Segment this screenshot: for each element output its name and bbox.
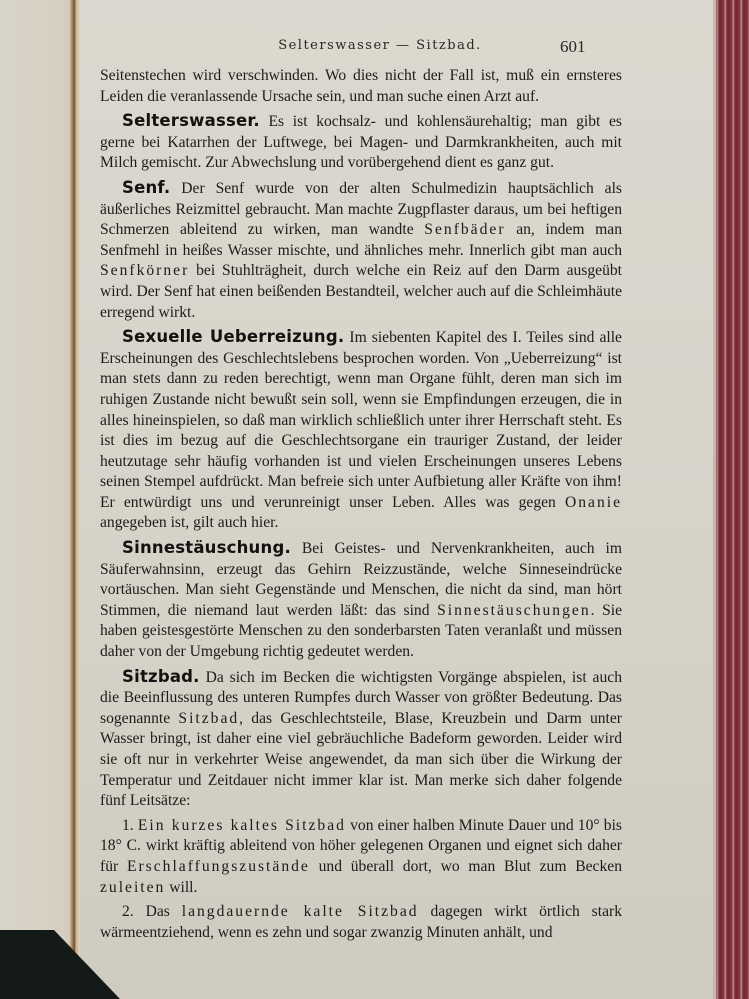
book-gutter <box>70 0 80 999</box>
item-number: 2. <box>122 903 134 920</box>
emphasis-spaced: zuleiten <box>100 879 165 896</box>
numbered-item-1: 1. Ein kurzes kaltes Sitzbad von einer h… <box>100 816 622 898</box>
entry-heading: Sexuelle Ueberreizung. <box>122 327 344 346</box>
item-number: 1. <box>122 817 134 834</box>
emphasis-spaced: langdauernde kalte Sitzbad <box>182 903 419 920</box>
entry-sinnestaeuschung: Sinnestäuschung. Bei Geistes- und Nerven… <box>100 538 622 663</box>
entry-heading: Sitzbad. <box>122 667 200 686</box>
left-page <box>0 0 76 999</box>
page-number: 601 <box>560 37 586 57</box>
emphasis-spaced: Erschlaffungszustände <box>127 858 310 875</box>
emphasis-spaced: Sinnestäuschungen <box>437 602 591 619</box>
entry-heading: Senf. <box>122 178 170 197</box>
emphasis-spaced: Onanie <box>565 494 622 511</box>
emphasis-spaced: Senfbäder <box>424 221 505 238</box>
page-edges-red <box>713 0 749 999</box>
entry-senf: Senf. Der Senf wurde von der alten Schul… <box>100 178 622 323</box>
entry-selterswasser: Selterswasser. Es ist kochsalz- und kohl… <box>100 111 622 174</box>
emphasis-spaced: Senfkörner <box>100 262 189 279</box>
emphasis-spaced: Ein kurzes kaltes Sitzbad <box>138 817 346 834</box>
entry-heading: Selterswasser. <box>122 111 260 130</box>
body-text: Seitenstechen wird verschwinden. Wo dies… <box>100 66 622 943</box>
page-edge-highlight <box>713 0 716 999</box>
entry-sitzbad: Sitzbad. Da sich im Becken die wichtigst… <box>100 667 622 812</box>
entry-sexuelle-ueberreizung: Sexuelle Ueberreizung. Im siebenten Kapi… <box>100 327 622 534</box>
numbered-item-2: 2. Das langdauernde kalte Sitzbad dagege… <box>100 902 622 943</box>
emphasis-spaced: Sitzbad <box>178 710 239 727</box>
running-head: Selterswasser — Sitzbad. <box>80 38 680 53</box>
entry-heading: Sinnestäuschung. <box>122 538 291 557</box>
paragraph-continuation: Seitenstechen wird verschwinden. Wo dies… <box>100 66 622 107</box>
